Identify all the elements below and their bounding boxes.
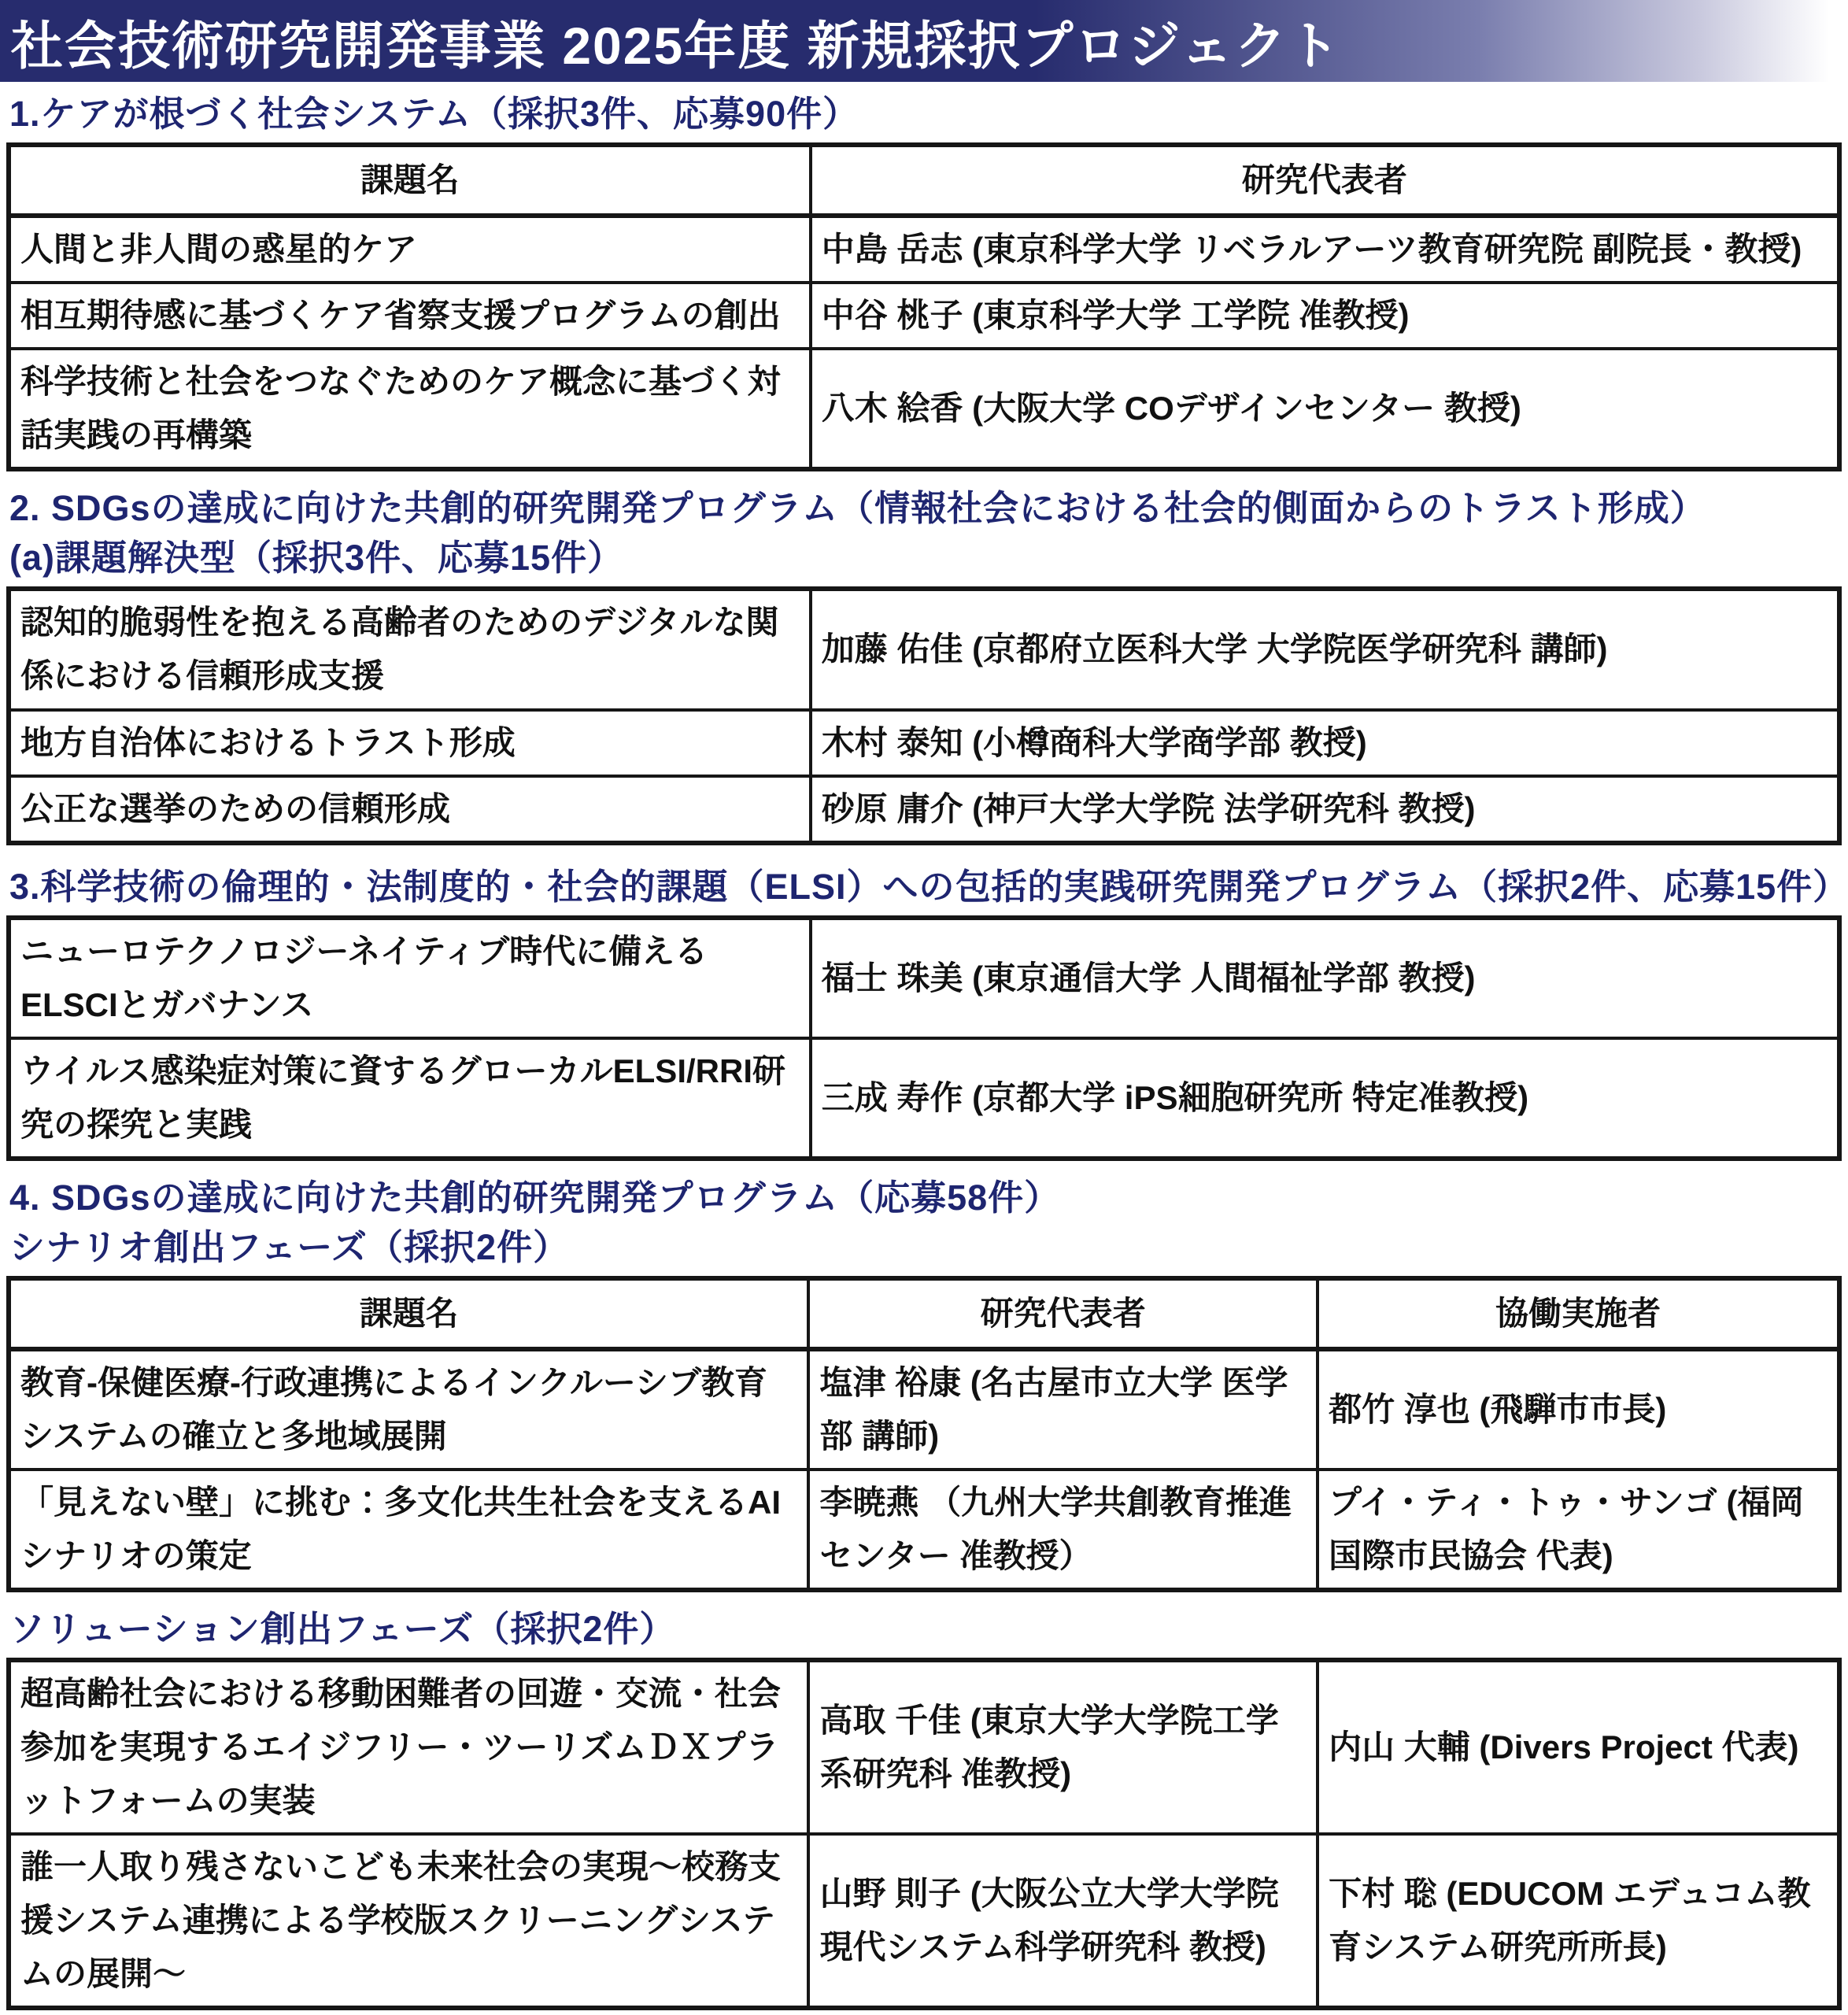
section-1-heading: 1.ケアが根づく社会システム（採択3件、応募90件） <box>9 93 1848 135</box>
section-2-heading: 2. SDGsの達成に向けた共創的研究開発プログラム（情報社会における社会的側面… <box>9 487 1848 529</box>
task-name-cell: 教育-保健医療-行政連携によるインクルーシブ教育システムの確立と多地域展開 <box>9 1349 808 1470</box>
projects-table-elsi: ニューロテクノロジーネイティブ時代に備えるELSCIとガバナンス 福士 珠美 (… <box>6 915 1842 1161</box>
table-row: 相互期待感に基づくケア省察支援プログラムの創出 中谷 桃子 (東京科学大学 工学… <box>9 283 1839 349</box>
task-name-cell: 認知的脆弱性を抱える高齢者のためのデジタルな関係における信頼形成支援 <box>9 589 811 709</box>
table-row: 人間と非人間の惑星的ケア 中島 岳志 (東京科学大学 リベラルアーツ教育研究院 … <box>9 216 1839 283</box>
table-row: 誰一人取り残さないこども未来社会の実現～校務支援システム連携による学校版スクリー… <box>9 1834 1839 2008</box>
column-header-lead-researcher: 研究代表者 <box>811 145 1839 216</box>
task-name-cell: 人間と非人間の惑星的ケア <box>9 216 811 283</box>
lead-researcher-cell: 加藤 佑佳 (京都府立医科大学 大学院医学研究科 講師) <box>811 589 1839 709</box>
collaborator-cell: 内山 大輔 (Divers Project 代表) <box>1318 1660 1839 1834</box>
projects-table-sdgs-trust: 認知的脆弱性を抱える高齢者のためのデジタルな関係における信頼形成支援 加藤 佑佳… <box>6 586 1842 845</box>
task-name-cell: 科学技術と社会をつなぐためのケア概念に基づく対話実践の再構築 <box>9 349 811 469</box>
table-row: 地方自治体におけるトラスト形成 木村 泰知 (小樽商科大学商学部 教授) <box>9 710 1839 776</box>
lead-researcher-cell: 福士 珠美 (東京通信大学 人間福祉学部 教授) <box>811 918 1839 1038</box>
table-row: ニューロテクノロジーネイティブ時代に備えるELSCIとガバナンス 福士 珠美 (… <box>9 918 1839 1038</box>
lead-researcher-cell: 中島 岳志 (東京科学大学 リベラルアーツ教育研究院 副院長・教授) <box>811 216 1839 283</box>
projects-table-scenario-phase: 課題名 研究代表者 協働実施者 教育-保健医療-行政連携によるインクルーシブ教育… <box>6 1276 1842 1592</box>
lead-researcher-cell: 三成 寿作 (京都大学 iPS細胞研究所 特定准教授) <box>811 1038 1839 1159</box>
header-banner: 社会技術研究開発事業 2025年度 新規採択プロジェクト <box>0 0 1848 82</box>
lead-researcher-cell: 山野 則子 (大阪公立大学大学院現代システム科学研究科 教授) <box>808 1834 1318 2008</box>
table-header-row: 課題名 研究代表者 <box>9 145 1839 216</box>
task-name-cell: ニューロテクノロジーネイティブ時代に備えるELSCIとガバナンス <box>9 918 811 1038</box>
lead-researcher-cell: 木村 泰知 (小樽商科大学商学部 教授) <box>811 710 1839 776</box>
table-row: 「見えない壁」に挑む：多文化共生社会を支えるAIシナリオの策定 李暁燕 （九州大… <box>9 1470 1839 1590</box>
table-row: 認知的脆弱性を抱える高齢者のためのデジタルな関係における信頼形成支援 加藤 佑佳… <box>9 589 1839 709</box>
projects-table-solution-phase: 超高齢社会における移動困難者の回遊・交流・社会参加を実現するエイジフリー・ツーリ… <box>6 1658 1842 2010</box>
column-header-task-name: 課題名 <box>9 145 811 216</box>
section-4-subheading-solution-phase: ソリューション創出フェーズ（採択2件） <box>9 1608 1848 1650</box>
lead-researcher-cell: 塩津 裕康 (名古屋市立大学 医学部 講師) <box>808 1349 1318 1470</box>
task-name-cell: 相互期待感に基づくケア省察支援プログラムの創出 <box>9 283 811 349</box>
lead-researcher-cell: 砂原 庸介 (神戸大学大学院 法学研究科 教授) <box>811 776 1839 843</box>
task-name-cell: ウイルス感染症対策に資するグローカルELSI/RRI研究の探究と実践 <box>9 1038 811 1159</box>
task-name-cell: 誰一人取り残さないこども未来社会の実現～校務支援システム連携による学校版スクリー… <box>9 1834 808 2008</box>
table-row: 公正な選挙のための信頼形成 砂原 庸介 (神戸大学大学院 法学研究科 教授) <box>9 776 1839 843</box>
table-row: 超高齢社会における移動困難者の回遊・交流・社会参加を実現するエイジフリー・ツーリ… <box>9 1660 1839 1834</box>
task-name-cell: 地方自治体におけるトラスト形成 <box>9 710 811 776</box>
table-row: 科学技術と社会をつなぐためのケア概念に基づく対話実践の再構築 八木 絵香 (大阪… <box>9 349 1839 469</box>
section-4-heading: 4. SDGsの達成に向けた共創的研究開発プログラム（応募58件） <box>9 1177 1848 1218</box>
table-row: 教育-保健医療-行政連携によるインクルーシブ教育システムの確立と多地域展開 塩津… <box>9 1349 1839 1470</box>
column-header-collaborator: 協働実施者 <box>1318 1278 1839 1349</box>
column-header-lead-researcher: 研究代表者 <box>808 1278 1318 1349</box>
task-name-cell: 「見えない壁」に挑む：多文化共生社会を支えるAIシナリオの策定 <box>9 1470 808 1590</box>
lead-researcher-cell: 李暁燕 （九州大学共創教育推進センター 准教授） <box>808 1470 1318 1590</box>
collaborator-cell: 下村 聡 (EDUCOM エデュコム教育システム研究所所長) <box>1318 1834 1839 2008</box>
page-title: 社会技術研究開発事業 2025年度 新規採択プロジェクト <box>11 4 1341 79</box>
task-name-cell: 公正な選挙のための信頼形成 <box>9 776 811 843</box>
table-row: ウイルス感染症対策に資するグローカルELSI/RRI研究の探究と実践 三成 寿作… <box>9 1038 1839 1159</box>
section-4-subheading-scenario-phase: シナリオ創出フェーズ（採択2件） <box>9 1226 1848 1268</box>
section-3-heading: 3.科学技術の倫理的・法制度的・社会的課題（ELSI）への包括的実践研究開発プロ… <box>9 866 1848 908</box>
projects-table-care-society: 課題名 研究代表者 人間と非人間の惑星的ケア 中島 岳志 (東京科学大学 リベラ… <box>6 142 1842 471</box>
collaborator-cell: 都竹 淳也 (飛騨市市長) <box>1318 1349 1839 1470</box>
task-name-cell: 超高齢社会における移動困難者の回遊・交流・社会参加を実現するエイジフリー・ツーリ… <box>9 1660 808 1834</box>
table-header-row: 課題名 研究代表者 協働実施者 <box>9 1278 1839 1349</box>
lead-researcher-cell: 中谷 桃子 (東京科学大学 工学院 准教授) <box>811 283 1839 349</box>
column-header-task-name: 課題名 <box>9 1278 808 1349</box>
lead-researcher-cell: 八木 絵香 (大阪大学 COデザインセンター 教授) <box>811 349 1839 469</box>
collaborator-cell: プイ・ティ・トゥ・サンゴ (福岡国際市民協会 代表) <box>1318 1470 1839 1590</box>
lead-researcher-cell: 高取 千佳 (東京大学大学院工学系研究科 准教授) <box>808 1660 1318 1834</box>
section-2-subheading: (a)課題解決型（採択3件、応募15件） <box>9 537 1848 579</box>
